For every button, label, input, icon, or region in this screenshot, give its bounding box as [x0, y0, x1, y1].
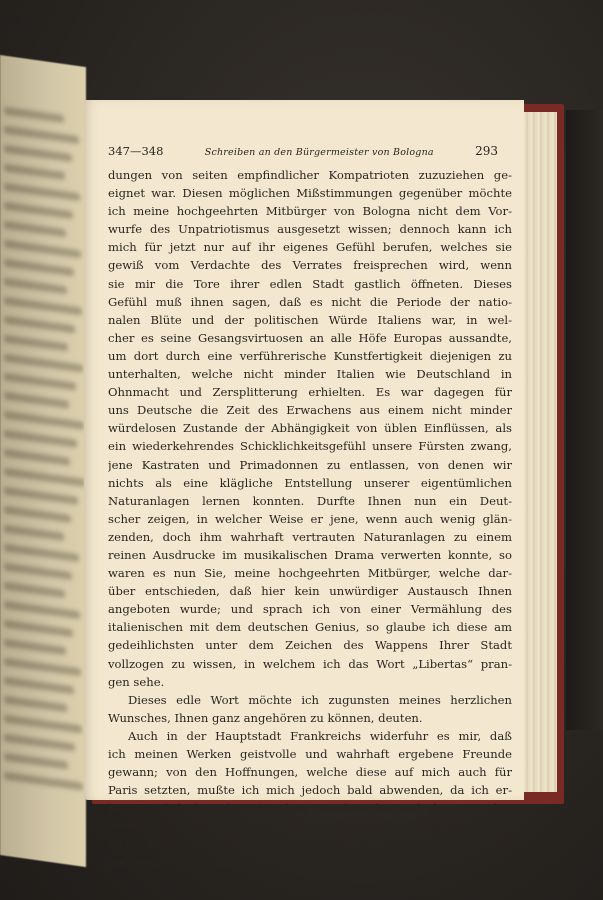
line-text: nicht französisch ist, kann der Franzose… — [108, 837, 512, 851]
line-text: Paris setzten, mußte ich mich jedoch bal… — [108, 783, 512, 797]
text-line: über entschieden, daß hier kein unwürdig… — [108, 582, 512, 600]
blurred-text-line — [4, 715, 82, 734]
text-line: 5mich für jetzt nur auf ihr eigenes Gefü… — [108, 238, 512, 256]
text-line: 30Dieses edle Wort möchte ich zugunsten … — [108, 691, 512, 709]
line-text: ein wiederkehrendes Schicklichkeitsgefüh… — [108, 439, 512, 453]
text-line: eignet war. Diesen möglichen Mißstimmung… — [108, 184, 512, 202]
text-line: ich meine hochgeehrten Mitbürger von Bol… — [108, 202, 512, 220]
text-line: unterhalten, welche nicht minder Italien… — [108, 365, 512, 383]
text-line: 35Paris setzten, mußte ich mich jedoch b… — [108, 781, 512, 799]
line-text: die erste Bedingung für denjenigen, der … — [108, 856, 512, 870]
line-text: Wunsches, Ihnen ganz angehören zu können… — [108, 711, 423, 725]
text-line: waren es nun Sie, meine hochgeehrten Mit… — [108, 564, 512, 582]
body-text: dungen von seiten empfindlicher Kompatri… — [108, 166, 512, 872]
blurred-text-line — [4, 145, 72, 163]
blurred-text-line — [4, 601, 80, 620]
blurred-text-line — [4, 316, 75, 334]
text-line: 20scher zeigen, in welcher Weise er jene… — [108, 510, 512, 528]
blurred-text-line — [4, 335, 68, 352]
line-text: mich für jetzt nur auf ihr eigenes Gefüh… — [108, 240, 512, 254]
line-text: angeboten wurde; und sprach ich von eine… — [108, 602, 512, 616]
blurred-text-line — [4, 544, 79, 563]
blurred-text-line — [4, 164, 65, 181]
line-text: Naturanlagen lernen konnten. Durfte Ihne… — [108, 494, 512, 508]
text-line: 25angeboten wurde; und sprach ich von ei… — [108, 600, 512, 618]
line-text: Dieses edle Wort möchte ich zugunsten me… — [128, 693, 512, 707]
text-line: Ohnmacht und Zersplitterung erhielten. E… — [108, 383, 512, 401]
page-number: 293 — [475, 144, 498, 158]
line-text: wurfe des Unpatriotismus ausgesetzt wiss… — [108, 222, 512, 236]
blurred-text-line — [4, 392, 69, 409]
blurred-text-line — [4, 373, 76, 391]
blurred-text-line — [4, 183, 80, 202]
blurred-text-line — [4, 278, 67, 295]
right-page: 347—348 Schreiben an den Bürgermeister v… — [84, 100, 524, 800]
blurred-text-line — [4, 259, 74, 277]
running-header: 347—348 Schreiben an den Bürgermeister v… — [108, 144, 498, 158]
text-line: jene Kastraten und Primadonnen zu entlas… — [108, 456, 512, 474]
blurred-text-line — [4, 582, 65, 599]
line-text: uns Deutsche die Zeit des Erwachens aus … — [108, 403, 512, 417]
line-text: nalen Blüte und der politischen Würde It… — [108, 313, 512, 327]
blurred-text-line — [4, 525, 64, 541]
line-text: waren es nun Sie, meine hochgeehrten Mit… — [108, 566, 512, 580]
line-text: ich meinen Werken geistvolle und wahrhaf… — [108, 747, 512, 761]
line-text: unterhalten, welche nicht minder Italien… — [108, 367, 512, 381]
text-line: zenden, doch ihm wahrhaft vertrauten Nat… — [108, 528, 512, 546]
text-line: Naturanlagen lernen konnten. Durfte Ihne… — [108, 492, 512, 510]
blurred-text-line — [4, 506, 71, 523]
text-line: wurfe des Unpatriotismus ausgesetzt wiss… — [108, 220, 512, 238]
text-line: nalen Blüte und der politischen Würde It… — [108, 311, 512, 329]
text-line: 10cher es seine Gesangsvirtuosen an alle… — [108, 329, 512, 347]
blurred-text-line — [4, 468, 85, 487]
blurred-text-line — [4, 677, 74, 695]
blurred-text-line — [4, 240, 81, 259]
text-line: ich meinen Werken geistvolle und wahrhaf… — [108, 745, 512, 763]
blurred-text-line — [4, 354, 83, 373]
line-text: gewiß vom Verdachte des Verrates freispr… — [108, 258, 512, 272]
left-page-blurred — [0, 55, 86, 867]
blurred-text-line — [4, 696, 67, 713]
blurred-text-line — [4, 620, 73, 638]
line-text: gewann; von den Hoffnungen, welche diese… — [108, 765, 512, 779]
text-line: 15würdelosen Zustande der Abhängigkeit v… — [108, 419, 512, 437]
text-line: gewann; von den Hoffnungen, welche diese… — [108, 763, 512, 781]
blurred-text-line — [4, 107, 64, 123]
text-line: bestimmten Institutionen keine „Freiheit… — [108, 817, 512, 835]
blurred-text-line — [4, 563, 72, 581]
blurred-text-line — [4, 221, 66, 238]
line-text: nichts als eine klägliche Entstellung un… — [108, 476, 512, 490]
text-line: nichts als eine klägliche Entstellung un… — [108, 474, 512, 492]
line-text: bestimmten Institutionen keine „Freiheit… — [108, 819, 512, 833]
text-line: die erste Bedingung für denjenigen, der … — [108, 854, 512, 872]
blurred-text-line — [4, 297, 82, 316]
text-line: Auch in der Hauptstadt Frankreichs wider… — [108, 727, 512, 745]
line-text: um dort durch eine verführerische Kunstf… — [108, 349, 512, 363]
blurred-text-line — [4, 734, 75, 752]
line-text: dungen von seiten empfindlicher Kompatri… — [108, 168, 512, 182]
text-line: gewiß vom Verdachte des Verrates freispr… — [108, 256, 512, 274]
blurred-text-line — [4, 772, 83, 791]
line-text: gedeihlichsten unter dem Zeichen des Wap… — [108, 638, 512, 652]
blurred-text-line — [4, 202, 73, 220]
blurred-text-line — [4, 411, 84, 430]
text-line: Wunsches, Ihnen ganz angehören zu können… — [108, 709, 512, 727]
blurred-text-line — [4, 639, 66, 656]
line-text: Auch in der Hauptstadt Frankreichs wider… — [128, 729, 512, 743]
blurred-text-line — [4, 658, 81, 677]
line-text: scher zeigen, in welcher Weise er jene, … — [108, 512, 512, 526]
line-text: italienischen mit dem deutschen Genius, … — [108, 620, 512, 634]
line-text: eignet war. Diesen möglichen Mißstimmung… — [108, 186, 512, 200]
blurred-text-line — [4, 449, 70, 466]
text-line: sie mir die Tore ihrer edlen Stadt gastl… — [108, 275, 512, 293]
line-text: zenden, doch ihm wahrhaft vertrauten Nat… — [108, 530, 512, 544]
line-text: reinen Ausdrucke im musikalischen Drama … — [108, 548, 512, 562]
text-line: gedeihlichsten unter dem Zeichen des Wap… — [108, 636, 512, 654]
line-text: über entschieden, daß hier kein unwürdig… — [108, 584, 512, 598]
text-line: um dort durch eine verführerische Kunstf… — [108, 347, 512, 365]
text-line: italienischen mit dem deutschen Genius, … — [108, 618, 512, 636]
line-text: jene Kastraten und Primadonnen zu entlas… — [108, 458, 512, 472]
line-text: cher es seine Gesangsvirtuosen an alle H… — [108, 331, 512, 345]
line-text: vollzogen zu wissen, in welchem ich das … — [108, 657, 512, 671]
blurred-text-line — [4, 753, 68, 770]
text-line: vollzogen zu wissen, in welchem ich das … — [108, 655, 512, 673]
background-object — [566, 110, 603, 730]
blurred-text-line — [4, 126, 79, 145]
section-ref: 347—348 — [108, 144, 163, 158]
text-line: reinen Ausdrucke im musikalischen Drama … — [108, 546, 512, 564]
line-text: gen sehe. — [108, 675, 164, 689]
text-line: gen sehe. — [108, 673, 512, 691]
text-line: 348ein wiederkehrendes Schicklichkeitsge… — [108, 437, 512, 455]
line-text: Gefühl muß ihnen sagen, daß es nicht die… — [108, 295, 512, 309]
line-text: Ohnmacht und Zersplitterung erhielten. E… — [108, 385, 512, 399]
line-text: sie mir die Tore ihrer edlen Stadt gastl… — [108, 277, 512, 291]
line-text: kannte, daß dem französischen Geschmacke… — [108, 801, 512, 815]
line-text: würdelosen Zustande der Abhängigkeit von… — [108, 421, 512, 435]
text-line: dungen von seiten empfindlicher Kompatri… — [108, 166, 512, 184]
text-line: uns Deutsche die Zeit des Erwachens aus … — [108, 401, 512, 419]
blurred-text-line — [4, 487, 78, 505]
text-line: nicht französisch ist, kann der Franzose… — [108, 835, 512, 853]
text-line: kannte, daß dem französischen Geschmacke… — [108, 799, 512, 817]
line-text: ich meine hochgeehrten Mitbürger von Bol… — [108, 204, 512, 218]
running-title: Schreiben an den Bürgermeister von Bolog… — [205, 147, 434, 158]
text-line: Gefühl muß ihnen sagen, daß es nicht die… — [108, 293, 512, 311]
blurred-text-line — [4, 430, 77, 448]
